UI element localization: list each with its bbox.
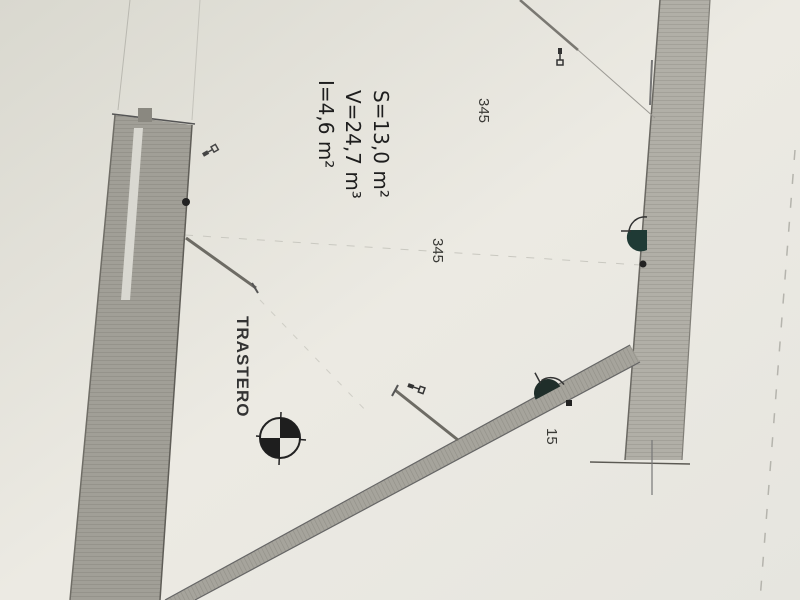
room-label: TRASTERO xyxy=(232,316,252,418)
floor-plan-drawing xyxy=(0,0,800,600)
dimension-label: 15 xyxy=(543,428,560,445)
junction-dot xyxy=(640,261,647,268)
area-annotation: I=4,6 m² xyxy=(314,80,338,168)
volume-annotation: V=24,7 m³ xyxy=(341,90,365,199)
junction-dot xyxy=(566,400,572,406)
junction-dot xyxy=(182,198,190,206)
dimension-label: 345 xyxy=(429,238,446,263)
surface-annotation: S=13,0 m² xyxy=(369,90,393,198)
dimension-label: 345 xyxy=(475,98,492,123)
